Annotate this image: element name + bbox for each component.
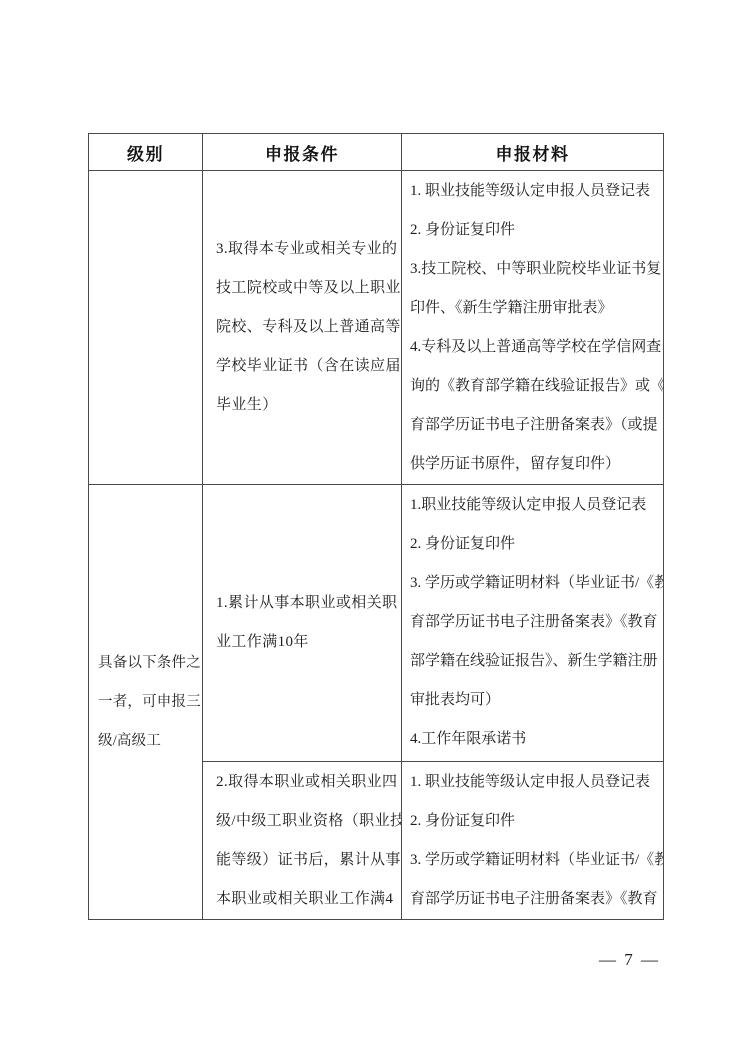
col-header-conditions: 申报条件 <box>203 134 402 171</box>
text-line: 学校毕业证书（含在读应届 <box>216 347 398 386</box>
table-header-row: 级别 申报条件 申报材料 <box>89 134 664 171</box>
condition-cell: 1.累计从事本职业或相关职业工作满10年 <box>203 485 402 762</box>
text-line: 院校、专科及以上普通高等 <box>216 308 398 347</box>
text-line: 业工作满10年 <box>216 623 398 662</box>
text-line: 级/中级工职业资格（职业技 <box>216 802 398 841</box>
text-line: 供学历证书原件，留存复印件） <box>410 445 661 484</box>
materials-cell: 1.职业技能等级认定申报人员登记表2. 身份证复印件3. 学历或学籍证明材料（毕… <box>402 485 664 762</box>
document-page: 级别 申报条件 申报材料 3.取得本专业或相关专业的技工院校或中等及以上职业院校… <box>0 0 750 1060</box>
level-cell-empty <box>89 171 203 485</box>
text-line: 1.职业技能等级认定申报人员登记表 <box>410 486 661 525</box>
text-line: 3.技工院校、中等职业院校毕业证书复 <box>410 250 661 289</box>
table-row: 3.取得本专业或相关专业的技工院校或中等及以上职业院校、专科及以上普通高等学校毕… <box>89 171 664 485</box>
condition-cell: 2.取得本职业或相关职业四级/中级工职业资格（职业技能等级）证书后，累计从事本职… <box>203 762 402 920</box>
text-line: 本职业或相关职业工作满4 <box>216 880 398 919</box>
text-line: 部学籍在线验证报告》、新生学籍注册 <box>410 642 661 681</box>
page-number: — 7 — <box>0 950 660 970</box>
text-line: 3.取得本专业或相关专业的 <box>216 230 398 269</box>
text-line: 印件、《新生学籍注册审批表》 <box>410 289 661 328</box>
text-line: 2.取得本职业或相关职业四 <box>216 763 398 802</box>
text-line: 4.工作年限承诺书 <box>410 720 661 759</box>
text-line: 4.专科及以上普通高等学校在学信网查 <box>410 328 661 367</box>
table-row: 具备以下条件之一者，可申报三级/高级工 1.累计从事本职业或相关职业工作满10年… <box>89 485 664 762</box>
text-line: 能等级）证书后，累计从事 <box>216 841 398 880</box>
text-line: 育部学历证书电子注册备案表》《教育 <box>410 880 661 919</box>
text-line: 育部学历证书电子注册备案表》《教育 <box>410 603 661 642</box>
text-line: 2. 身份证复印件 <box>410 525 661 564</box>
text-line: 1. 职业技能等级认定申报人员登记表 <box>410 172 661 211</box>
text-line: 2. 身份证复印件 <box>410 211 661 250</box>
level-cell: 具备以下条件之一者，可申报三级/高级工 <box>89 485 203 920</box>
text-line: 育部学历证书电子注册备案表》（或提 <box>410 406 661 445</box>
col-header-level: 级别 <box>89 134 203 171</box>
text-line: 一者，可申报三 <box>98 683 199 722</box>
materials-cell: 1. 职业技能等级认定申报人员登记表2. 身份证复印件3. 学历或学籍证明材料（… <box>402 762 664 920</box>
text-line: 询的《教育部学籍在线验证报告》或《教 <box>410 367 661 406</box>
condition-cell: 3.取得本专业或相关专业的技工院校或中等及以上职业院校、专科及以上普通高等学校毕… <box>203 171 402 485</box>
text-line: 2. 身份证复印件 <box>410 802 661 841</box>
text-line: 3. 学历或学籍证明材料（毕业证书/《教 <box>410 564 661 603</box>
text-line: 1. 职业技能等级认定申报人员登记表 <box>410 763 661 802</box>
text-line: 毕业生） <box>216 386 398 425</box>
col-header-materials: 申报材料 <box>402 134 664 171</box>
text-line: 技工院校或中等及以上职业 <box>216 269 398 308</box>
application-requirements-table: 级别 申报条件 申报材料 3.取得本专业或相关专业的技工院校或中等及以上职业院校… <box>88 133 664 920</box>
text-line: 具备以下条件之 <box>98 644 199 683</box>
text-line: 审批表均可） <box>410 681 661 720</box>
text-line: 1.累计从事本职业或相关职 <box>216 584 398 623</box>
text-line: 级/高级工 <box>98 722 199 761</box>
materials-cell: 1. 职业技能等级认定申报人员登记表2. 身份证复印件3.技工院校、中等职业院校… <box>402 171 664 485</box>
text-line: 3. 学历或学籍证明材料（毕业证书/《教 <box>410 841 661 880</box>
